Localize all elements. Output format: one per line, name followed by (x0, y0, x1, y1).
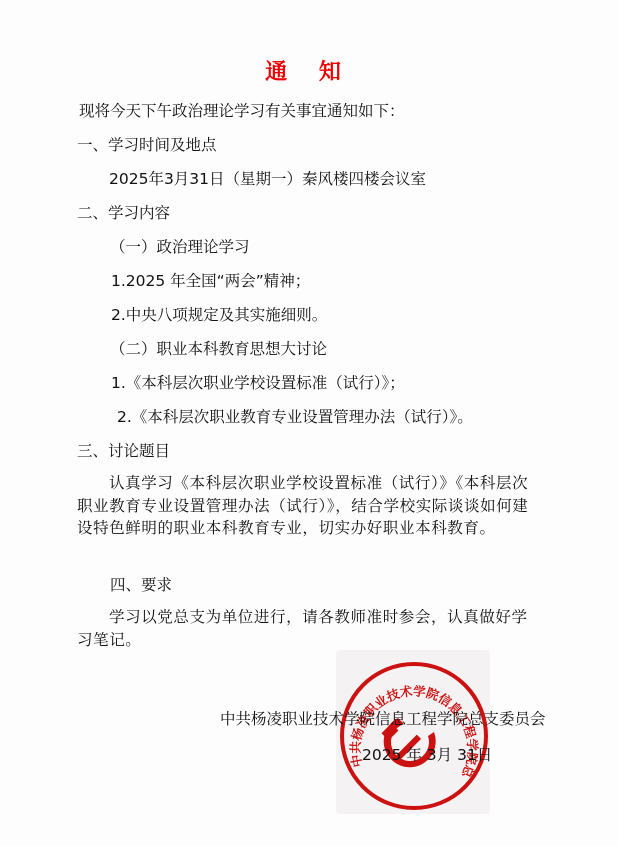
document-title: 通 知 (0, 58, 618, 88)
section-4-paragraph: 学习以党总支为单位进行，请各教师准时参会，认真做好学习笔记。 (77, 606, 539, 651)
section-1-time-location: 2025年3月31日（星期一）秦风楼四楼会议室 (109, 168, 426, 190)
subsection-1-heading: （一）政治理论学习 (110, 236, 250, 258)
subsection-2-item-1: 1.《本科层次职业学校设置标准（试行）》； (111, 372, 405, 394)
section-2-heading: 二、学习内容 (77, 202, 170, 224)
signature-date: 2025 年 3月 31日 (362, 744, 492, 766)
official-seal: 中共杨凌职业技术学院信息工程学院总支委员会 (336, 650, 490, 814)
subsection-1-item-2: 2.中央八项规定及其实施细则。 (111, 304, 327, 326)
signature-organization: 中共杨凌职业技术学院信息工程学院总支委员会 (220, 708, 546, 730)
section-3-paragraph: 认真学习《本科层次职业学校设置标准（试行）》《本科层次职业教育专业设置管理办法（… (77, 472, 539, 540)
subsection-2-item-2: 2.《本科层次职业教育专业设置管理办法（试行）》。 (117, 406, 473, 428)
party-seal-icon: 中共杨凌职业技术学院信息工程学院总支委员会 (336, 650, 490, 814)
intro-text: 现将今天下午政治理论学习有关事宜通知如下： (79, 100, 405, 122)
section-3-heading: 三、讨论题目 (77, 440, 170, 462)
section-1-heading: 一、学习时间及地点 (77, 134, 217, 156)
section-4-heading: 四、要求 (110, 574, 172, 596)
subsection-2-heading: （二）职业本科教育思想大讨论 (110, 338, 327, 360)
subsection-1-item-1: 1.2025 年全国“两会”精神； (111, 270, 310, 292)
